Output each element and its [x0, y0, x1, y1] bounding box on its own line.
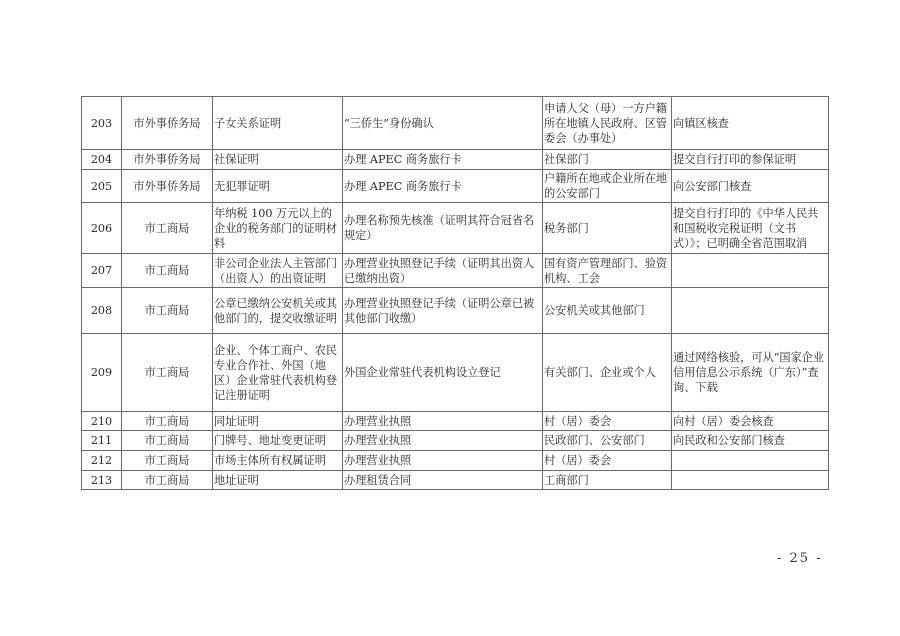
certificate-cell: 非公司企业法人主管部门（出资人）的出资证明	[213, 254, 343, 288]
table-row: 206市工商局年纳税 100 万元以上的企业的税务部门的证明材料办理名称预先核准…	[82, 203, 829, 254]
issuer-cell: 民政部门、公安部门	[543, 431, 672, 451]
department-cell: 市外事侨务局	[122, 150, 213, 170]
department-cell: 市工商局	[122, 334, 213, 412]
department-cell: 市工商局	[122, 451, 213, 471]
issuer-cell: 社保部门	[543, 150, 672, 170]
certificate-cell: 地址证明	[213, 471, 343, 490]
issuer-cell: 公安机关或其他部门	[543, 288, 672, 334]
matter-cell: 办理营业执照登记手续（证明其出资人已缴纳出资）	[343, 254, 543, 288]
certificate-cell: 企业、个体工商户、农民专业合作社、外国（地区）企业常驻代表机构登记注册证明	[213, 334, 343, 412]
department-cell: 市工商局	[122, 471, 213, 490]
handling-cell: 提交自行打印的《中华人民共和国税收完税证明（文书式）》；已明确全省范围取消	[672, 203, 829, 254]
matter-cell: 办理营业执照登记手续（证明公章已被其他部门收缴）	[343, 288, 543, 334]
matter-cell: 办理租赁合同	[343, 471, 543, 490]
page-number: - 25 -	[777, 551, 823, 566]
certificate-cell: 社保证明	[213, 150, 343, 170]
table-row: 210市工商局同址证明办理营业执照村（居）委会向村（居）委会核查	[82, 412, 829, 431]
handling-cell: 通过网络核验，可从“国家企业信用信息公示系统（广东）”查询、下载	[672, 334, 829, 412]
department-cell: 市工商局	[122, 412, 213, 431]
matter-cell: 办理营业执照	[343, 431, 543, 451]
table-row: 208市工商局公章已缴纳公安机关或其他部门的，提交收缴证明办理营业执照登记手续（…	[82, 288, 829, 334]
row-number: 208	[82, 288, 122, 334]
issuer-cell: 工商部门	[543, 471, 672, 490]
row-number: 207	[82, 254, 122, 288]
issuer-cell: 税务部门	[543, 203, 672, 254]
issuer-cell: 村（居）委会	[543, 451, 672, 471]
matter-cell: “三侨生”身份确认	[343, 97, 543, 150]
table-row: 207市工商局非公司企业法人主管部门（出资人）的出资证明办理营业执照登记手续（证…	[82, 254, 829, 288]
handling-cell	[672, 288, 829, 334]
handling-cell: 向民政和公安部门核查	[672, 431, 829, 451]
handling-cell: 向公安部门核查	[672, 170, 829, 203]
handling-cell: 向村（居）委会核查	[672, 412, 829, 431]
certificate-cell: 市场主体所有权属证明	[213, 451, 343, 471]
issuer-cell: 国有资产管理部门、验资机构、工会	[543, 254, 672, 288]
matter-cell: 办理营业执照	[343, 412, 543, 431]
row-number: 210	[82, 412, 122, 431]
department-cell: 市工商局	[122, 431, 213, 451]
department-cell: 市外事侨务局	[122, 170, 213, 203]
certificate-cell: 子女关系证明	[213, 97, 343, 150]
row-number: 203	[82, 97, 122, 150]
matter-cell: 办理 APEC 商务旅行卡	[343, 150, 543, 170]
row-number: 212	[82, 451, 122, 471]
matter-cell: 办理名称预先核准（证明其符合冠省名规定）	[343, 203, 543, 254]
row-number: 205	[82, 170, 122, 203]
handling-cell	[672, 471, 829, 490]
matter-cell: 办理 APEC 商务旅行卡	[343, 170, 543, 203]
certificate-cell: 公章已缴纳公安机关或其他部门的，提交收缴证明	[213, 288, 343, 334]
table-row: 213市工商局地址证明办理租赁合同工商部门	[82, 471, 829, 490]
issuer-cell: 申请人父（母）一方户籍所在地镇人民政府、区管委会（办事处）	[543, 97, 672, 150]
issuer-cell: 有关部门、企业或个人	[543, 334, 672, 412]
row-number: 211	[82, 431, 122, 451]
handling-cell: 向镇区核查	[672, 97, 829, 150]
handling-cell: 提交自行打印的参保证明	[672, 150, 829, 170]
issuer-cell: 村（居）委会	[543, 412, 672, 431]
certificate-table: 203市外事侨务局子女关系证明“三侨生”身份确认申请人父（母）一方户籍所在地镇人…	[81, 96, 829, 490]
table-row: 205市外事侨务局无犯罪证明办理 APEC 商务旅行卡户籍所在地或企业所在地的公…	[82, 170, 829, 203]
table-row: 209市工商局企业、个体工商户、农民专业合作社、外国（地区）企业常驻代表机构登记…	[82, 334, 829, 412]
row-number: 213	[82, 471, 122, 490]
handling-cell	[672, 254, 829, 288]
department-cell: 市外事侨务局	[122, 97, 213, 150]
certificate-cell: 门牌号、地址变更证明	[213, 431, 343, 451]
department-cell: 市工商局	[122, 288, 213, 334]
table-row: 211市工商局门牌号、地址变更证明办理营业执照民政部门、公安部门向民政和公安部门…	[82, 431, 829, 451]
table-row: 212市工商局市场主体所有权属证明办理营业执照村（居）委会	[82, 451, 829, 471]
certificate-cell: 年纳税 100 万元以上的企业的税务部门的证明材料	[213, 203, 343, 254]
matter-cell: 外国企业常驻代表机构设立登记	[343, 334, 543, 412]
row-number: 204	[82, 150, 122, 170]
handling-cell	[672, 451, 829, 471]
row-number: 209	[82, 334, 122, 412]
document-page: 203市外事侨务局子女关系证明“三侨生”身份确认申请人父（母）一方户籍所在地镇人…	[0, 0, 900, 636]
table-row: 204市外事侨务局社保证明办理 APEC 商务旅行卡社保部门提交自行打印的参保证…	[82, 150, 829, 170]
row-number: 206	[82, 203, 122, 254]
certificate-cell: 无犯罪证明	[213, 170, 343, 203]
department-cell: 市工商局	[122, 254, 213, 288]
matter-cell: 办理营业执照	[343, 451, 543, 471]
table-row: 203市外事侨务局子女关系证明“三侨生”身份确认申请人父（母）一方户籍所在地镇人…	[82, 97, 829, 150]
issuer-cell: 户籍所在地或企业所在地的公安部门	[543, 170, 672, 203]
department-cell: 市工商局	[122, 203, 213, 254]
certificate-cell: 同址证明	[213, 412, 343, 431]
